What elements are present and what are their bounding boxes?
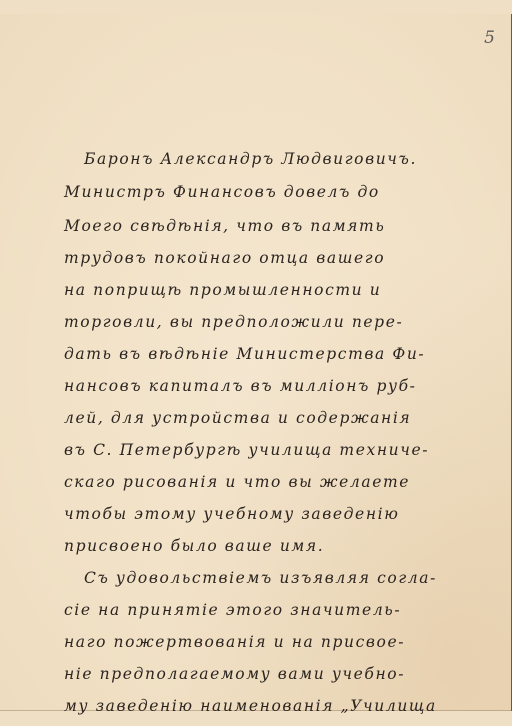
- text-line: скаго рисованія и что вы желаете: [64, 472, 410, 492]
- text-line: торговли, вы предположили пере-: [64, 312, 403, 332]
- page-number: 5: [484, 28, 495, 48]
- manuscript-page: 5 Баронъ Александръ Людвиговичъ. Министр…: [0, 14, 512, 711]
- text-line: сіе на принятіе этого значитель-: [64, 600, 401, 620]
- text-line: присвоено было ваше имя.: [64, 536, 324, 556]
- text-line: Баронъ Александръ Людвиговичъ.: [84, 149, 417, 169]
- text-line: ніе предполагаемому вами учебно-: [64, 664, 405, 684]
- text-line: Моего свѣдѣнія, что въ память: [64, 216, 385, 236]
- text-line: му заведенію наименованія „Училища: [64, 696, 437, 716]
- text-line: лей, для устройства и содержанія: [64, 408, 411, 428]
- text-line: на поприщѣ промышленности и: [64, 280, 381, 300]
- text-line: въ С. Петербургѣ училища техниче-: [64, 440, 429, 460]
- text-line: Министръ Финансовъ довелъ до: [64, 182, 380, 202]
- text-line: нансовъ капиталъ въ миллiонъ руб-: [64, 376, 417, 396]
- text-line: Съ удовольствіемъ изъявляя согла-: [84, 568, 437, 588]
- text-line: наго пожертвованія и на присвое-: [64, 632, 405, 652]
- text-line: чтобы этому учебному заведенію: [64, 504, 399, 524]
- text-line: дать въ вѣдѣніе Министерства Фи-: [64, 344, 425, 364]
- text-line: трудовъ покойнаго отца вашего: [64, 248, 385, 268]
